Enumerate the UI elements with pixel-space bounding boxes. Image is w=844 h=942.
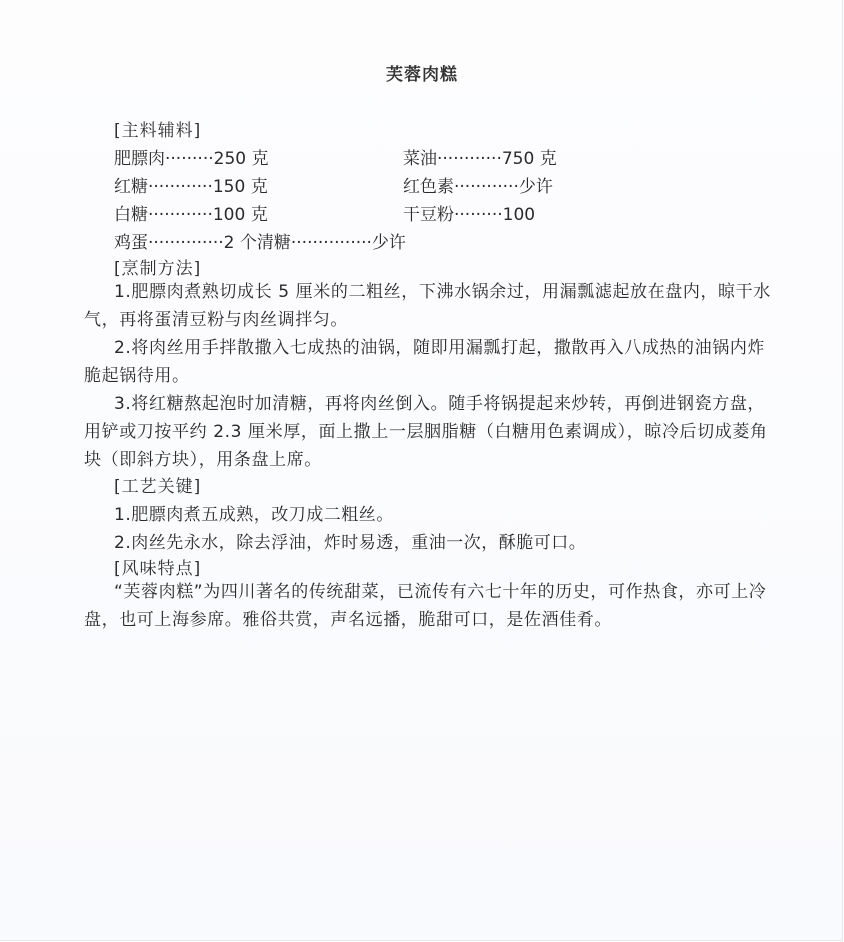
flavor-paragraph: “芙蓉肉糕”为四川著名的传统甜菜，已流传有六七十年的历史，可作热食，亦可上冷盘，…: [84, 578, 774, 634]
ingredient-item: 红糖············150 克: [114, 172, 268, 197]
key-item-1: 1.肥膘肉煮五成熟，改刀成二粗丝。: [114, 500, 394, 525]
ingredient-item: 鸡蛋··············2 个清糖···············少许: [114, 228, 406, 253]
section-heading-flavor: [风味特点]: [114, 554, 201, 579]
section-heading-keys: [工艺关键]: [114, 472, 201, 497]
ingredient-item: 菜油············750 克: [403, 144, 557, 169]
key-item-2: 2.肉丝先永水，除去浮油，炸时易透，重油一次，酥脆可口。: [114, 528, 586, 553]
ingredient-item: 肥膘肉·········250 克: [114, 144, 269, 169]
page-title: 芙蓉肉糕: [0, 60, 844, 85]
method-step-3: 3.将红糖熬起泡时加清糖，再将肉丝倒入。随手将锅提起来炒转，再倒进钢瓷方盘，用铲…: [84, 390, 774, 474]
ingredient-item: 白糖············100 克: [114, 200, 268, 225]
ingredient-item: 红色素············少许: [403, 172, 553, 197]
section-heading-ingredients: [主料辅料]: [114, 116, 201, 141]
method-step-1: 1.肥膘肉煮熟切成长 5 厘米的二粗丝，下沸水锅余过，用漏瓢滤起放在盘内，晾干水…: [84, 278, 774, 334]
section-heading-method: [烹制方法]: [114, 254, 201, 279]
ingredient-item: 干豆粉·········100: [403, 200, 535, 225]
method-step-2: 2.将肉丝用手拌散撒入七成热的油锅，随即用漏瓢打起，撒散再入八成热的油锅内炸脆起…: [84, 334, 774, 390]
document-page: 芙蓉肉糕 [主料辅料] 肥膘肉·········250 克 菜油········…: [0, 0, 843, 941]
